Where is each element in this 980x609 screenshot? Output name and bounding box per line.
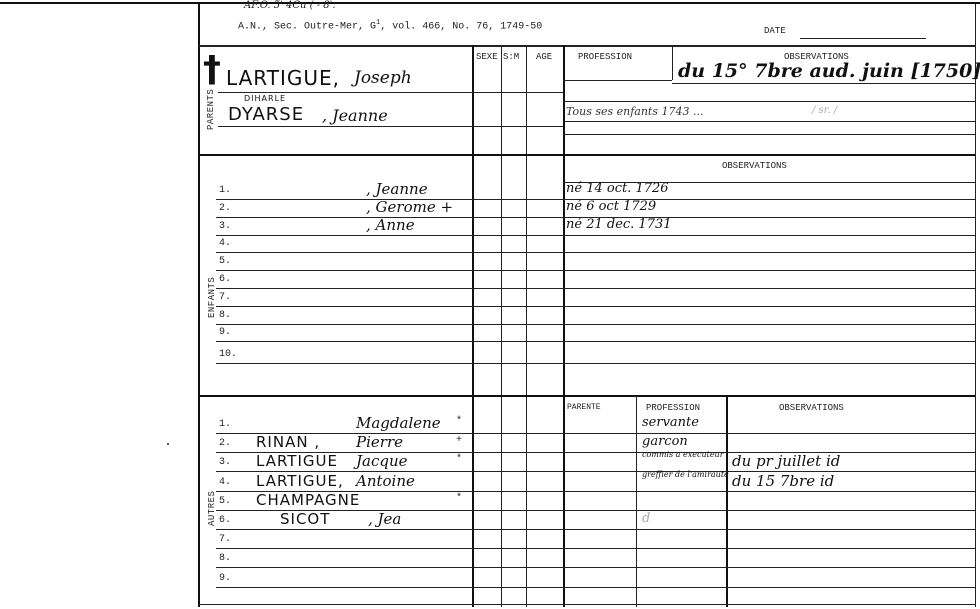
autre-profession: commis a executeur <box>642 451 732 459</box>
col-sexe-header: SEXE <box>476 52 498 62</box>
observation-line-1 <box>672 83 975 84</box>
autre-given-name: Magdalene <box>356 414 441 432</box>
enfant-row-number: 9. <box>219 327 231 338</box>
col-sm-left <box>501 45 502 607</box>
autre-given-name: , Jea <box>368 510 401 528</box>
form-left-border <box>198 4 200 607</box>
enfants-observations-header: OBSERVATIONS <box>722 161 787 171</box>
enfant-obs-guide <box>563 182 975 183</box>
autre-profession: garcon <box>642 434 688 449</box>
autre-surname: CHAMPAGNE <box>256 491 360 509</box>
autre-row-line <box>216 548 975 549</box>
enfant-name: , Anne <box>366 216 415 234</box>
autre-row-number: 6. <box>219 515 231 526</box>
enfants-side-label: ENFANTS <box>207 277 217 318</box>
reference-suffix: , vol. 466, No. 76, 1749-50 <box>380 21 542 32</box>
col-sexe-left <box>472 45 474 607</box>
autre-row-number: 3. <box>219 457 231 468</box>
col-autres-profession-header: PROFESSION <box>646 403 700 413</box>
col-sm-header: S:M <box>503 52 519 62</box>
scan-top-edge <box>0 2 980 4</box>
parents-grid-rule-2 <box>472 126 563 127</box>
observation-line-3 <box>563 134 975 135</box>
enfant-row-number: 4. <box>219 238 231 249</box>
mother-given-name: , Jeanne <box>322 106 388 125</box>
enfant-name: , Jeanne <box>366 180 428 198</box>
enfant-row-number: 7. <box>219 292 231 303</box>
enfant-row-line <box>216 363 975 364</box>
autre-deceased-mark: * <box>456 416 462 427</box>
enfant-observation: né 14 oct. 1726 <box>566 181 669 196</box>
parents-side-label: PARENTS <box>206 89 216 130</box>
autre-row-line <box>216 433 975 434</box>
enfant-observation: né 21 dec. 1731 <box>566 217 672 232</box>
autre-profession: greffier de l'amirauté <box>642 471 732 479</box>
autre-deceased-mark: * <box>456 454 462 465</box>
enfant-row-number: 3. <box>219 221 231 232</box>
reference-prefix: A.N., Sec. Outre-Mer, G <box>238 21 376 32</box>
autre-surname: LARTIGUE, <box>256 472 344 490</box>
enfant-row-line <box>216 341 975 342</box>
autre-deceased-mark: * <box>456 493 462 504</box>
autre-given-name: Antoine <box>356 472 415 490</box>
col-age-header: AGE <box>536 52 552 62</box>
autre-observation: du pr juillet id <box>732 452 840 470</box>
date-field[interactable] <box>800 38 926 39</box>
father-line <box>218 92 472 93</box>
col-autres-observations-header: OBSERVATIONS <box>779 403 844 413</box>
parents-observation-2: Tous ses enfants 1743 ... <box>566 105 703 118</box>
autre-given-name: Pierre <box>356 433 403 451</box>
autre-row-number: 4. <box>219 477 231 488</box>
enfant-row-number: 8. <box>219 310 231 321</box>
parents-observation-2-tail: / sr. / <box>812 105 837 116</box>
mother-line <box>218 126 472 127</box>
enfant-row-line <box>216 288 975 289</box>
col-profession-header: PROFESSION <box>578 52 632 62</box>
father-given-name: Joseph <box>354 68 412 88</box>
enfant-row-number: 2. <box>219 203 231 214</box>
autre-row-line <box>216 567 975 568</box>
col-observations-left <box>672 45 673 80</box>
mother-alias: DIHARLE <box>244 94 286 103</box>
enfant-row-number: 5. <box>219 256 231 267</box>
enfant-row-number: 6. <box>219 274 231 285</box>
deceased-cross-icon: † <box>203 52 221 88</box>
date-label: DATE <box>764 26 786 36</box>
autre-row-number: 9. <box>219 573 231 584</box>
autre-surname: LARTIGUE <box>256 452 338 470</box>
autre-observation: du 15 7bre id <box>732 472 834 490</box>
autre-given-name: Jacque <box>356 452 408 470</box>
enfant-row-line <box>216 252 975 253</box>
autre-row-number: 8. <box>219 553 231 564</box>
autre-row-line <box>216 587 975 588</box>
scan-speck <box>167 443 169 445</box>
enfant-row-number: 1. <box>219 185 231 196</box>
col-autres-observations-left <box>726 396 728 607</box>
archive-reference: A.N., Sec. Outre-Mer, G1, vol. 466, No. … <box>238 19 542 32</box>
enfants-top-rule <box>199 154 975 156</box>
enfant-name: , Gerome + <box>366 198 453 216</box>
form-right-border <box>975 4 976 607</box>
autre-row-number: 2. <box>219 438 231 449</box>
profession-header-rule <box>563 80 672 81</box>
autres-side-label: AUTRES <box>207 491 217 526</box>
form-bottom-rule <box>199 604 975 605</box>
enfants-bottom-rule <box>199 395 975 397</box>
observation-line-2-top <box>563 101 975 102</box>
autre-row-number: 7. <box>219 534 231 545</box>
autre-row-line <box>216 529 975 530</box>
parents-top-rule <box>199 45 975 47</box>
autre-profession: d <box>642 511 650 526</box>
col-profession-left <box>563 45 565 607</box>
observation-line-2 <box>563 121 975 122</box>
archive-note: AF.O. 5' 4Cu ( - 8'. <box>244 0 336 11</box>
parents-observation-1: du 15° 7bre aud. juin [1750] <box>678 60 980 82</box>
autre-surname: RINAN , <box>256 433 320 451</box>
enfant-row-line <box>216 306 975 307</box>
father-surname: LARTIGUE, <box>226 66 340 90</box>
col-parente-header: PARENTE <box>567 403 601 412</box>
enfant-row-line <box>216 324 975 325</box>
autre-profession: servante <box>642 415 699 430</box>
enfant-row-line <box>216 270 975 271</box>
enfant-row-line <box>216 235 975 236</box>
autre-row-number: 1. <box>219 419 231 430</box>
mother-surname: DYARSE <box>228 104 304 125</box>
enfant-observation: né 6 oct 1729 <box>566 199 656 214</box>
autre-surname: SICOT <box>280 510 330 528</box>
autre-deceased-mark: + <box>456 435 462 446</box>
col-age-left <box>526 45 527 607</box>
parents-grid-rule-1 <box>472 92 563 93</box>
col-autres-profession-left <box>636 396 637 607</box>
enfant-row-number: 10. <box>219 349 237 360</box>
autre-row-number: 5. <box>219 496 231 507</box>
